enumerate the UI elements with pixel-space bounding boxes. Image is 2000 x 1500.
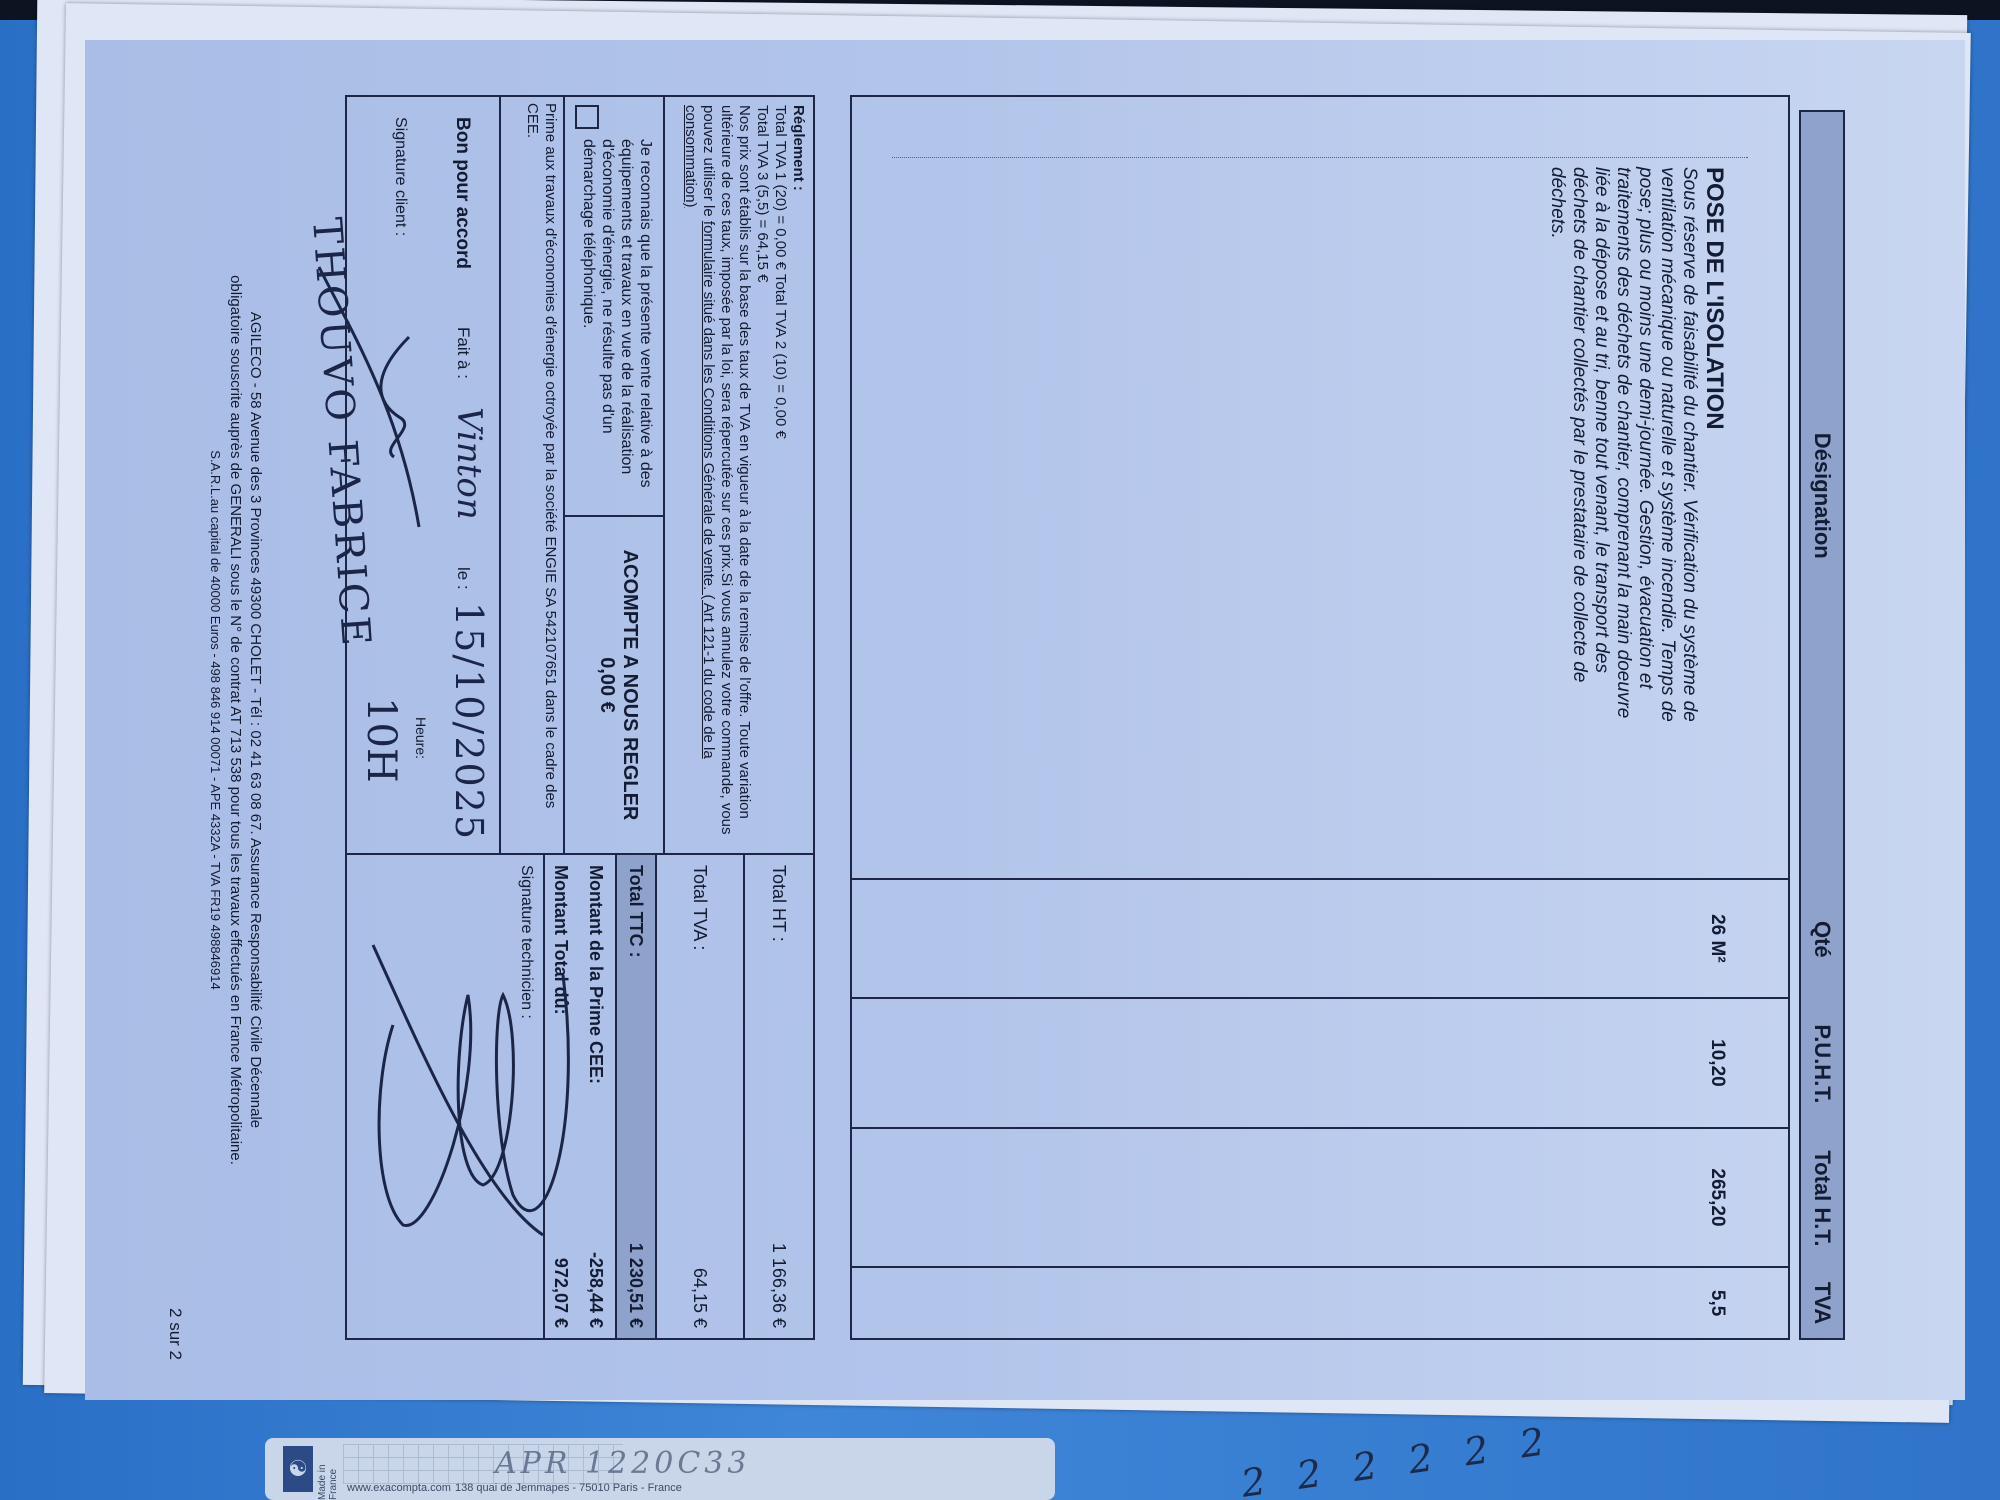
items-table-header: Désignation Qté P.U.H.T. Total H.T. TVA: [1799, 110, 1845, 1340]
item-total-ht: 265,20: [852, 1129, 1788, 1269]
total-due-value: 972,07 €: [551, 1258, 572, 1328]
acompte-value: 0,00 €: [595, 517, 618, 853]
tva-line-2: Total TVA 3 (5,5) = 64,15 €: [754, 105, 771, 282]
table-row-designation: POSE DE L'ISOLATION Sous réserve de fais…: [852, 97, 1788, 880]
footer-line-1: AGILECO - 58 Avenue des 3 Provinces 4930…: [245, 40, 265, 1400]
fait-a-value: Vinton: [449, 407, 489, 520]
technician-signature-icon: [363, 935, 603, 1255]
totals-block: Total HT : 1 166,36 € Total TVA : 64,15 …: [345, 855, 815, 1340]
conditions-block: Réglement : Total TVA 1 (20) = 0,00 € To…: [345, 95, 815, 855]
invoice-page: Désignation Qté P.U.H.T. Total H.T. TVA …: [85, 40, 1965, 1400]
acknowledgement-text: Je reconnais que la présente vente relat…: [573, 139, 655, 507]
acknowledgement: Je reconnais que la présente vente relat…: [565, 97, 663, 517]
total-ht-label: Total HT :: [769, 865, 790, 942]
item-qte: 26 M²: [852, 880, 1788, 1000]
signature-client-label: Signature client :: [391, 117, 409, 236]
technician-signature-box: Signature technicien :: [345, 855, 543, 1338]
folder-address: 138 quai de Jemmapes - 75010 Paris - Fra…: [455, 1482, 682, 1494]
item-title: POSE DE L'ISOLATION: [1700, 167, 1728, 858]
heure-value: 10H: [358, 697, 404, 783]
heure-label: Heure:: [413, 717, 429, 759]
footer-line-3: S.A.R.L.au capital de 40000 Euros - 498 …: [205, 40, 225, 1400]
total-ht-row: Total HT : 1 166,36 €: [743, 855, 813, 1338]
dotted-guide: [892, 157, 1748, 158]
col-designation: Désignation: [1809, 112, 1835, 880]
total-tva-row: Total TVA : 64,15 €: [655, 855, 743, 1338]
total-tva-label: Total TVA :: [690, 865, 711, 950]
accord-section: Bon pour accord Fait à : Vinton le : 15/…: [349, 97, 499, 853]
total-ttc-label: Total TTC :: [626, 865, 647, 958]
col-qte: Qté: [1809, 880, 1835, 1000]
items-table-body: POSE DE L'ISOLATION Sous réserve de fais…: [850, 95, 1790, 1340]
prime-cee-value: -258,44 €: [587, 1252, 605, 1328]
made-in-france: Made in France: [317, 1444, 339, 1500]
item-puht: 10,20: [852, 999, 1788, 1129]
page-number: 2 sur 2: [165, 1308, 185, 1360]
reglement-section: Réglement : Total TVA 1 (20) = 0,00 € To…: [663, 97, 813, 853]
company-footer: AGILECO - 58 Avenue des 3 Provinces 4930…: [205, 40, 265, 1400]
total-ht-value: 1 166,36 €: [769, 1243, 790, 1328]
total-tva-value: 64,15 €: [690, 1268, 711, 1328]
tva-line-1: Total TVA 1 (20) = 0,00 € Total TVA 2 (1…: [772, 105, 789, 439]
fait-a-label: Fait à :: [453, 327, 473, 379]
date-value: 15/10/2025: [447, 602, 491, 841]
date-label: le :: [453, 567, 473, 590]
item-description: Sous réserve de faisabilité du chantier.…: [1546, 167, 1700, 727]
col-puht: P.U.H.T.: [1809, 999, 1835, 1129]
folder-website: www.exacompta.com: [347, 1482, 451, 1494]
col-tva: TVA: [1809, 1268, 1835, 1338]
exacompta-logo-icon: ☯: [283, 1446, 313, 1492]
invoice-page-wrapper: Désignation Qté P.U.H.T. Total H.T. TVA …: [85, 40, 1965, 1440]
prime-cee-text: Prime aux travaux d'économies d'énergie …: [499, 97, 563, 853]
footer-line-2: obligatoire souscrite auprès de GENERALI…: [225, 40, 245, 1400]
bon-pour-accord: Bon pour accord: [451, 117, 473, 269]
total-ttc-value: 1 230,51 €: [626, 1243, 647, 1328]
acknowledgement-row: Je reconnais que la présente vente relat…: [563, 97, 663, 853]
folder-label: ☯ Made in France APR 1220C33 www.exacomp…: [265, 1438, 1055, 1500]
reglement-label: Réglement :: [790, 105, 807, 191]
acompte-box: ACOMPTE A NOUS REGLER 0,00 €: [565, 517, 663, 853]
acompte-label: ACOMPTE A NOUS REGLER: [618, 517, 641, 853]
col-total-ht: Total H.T.: [1809, 1129, 1835, 1269]
total-ttc-row: Total TTC : 1 230,51 €: [615, 855, 655, 1338]
handwritten-label: APR 1220C33: [495, 1446, 750, 1481]
acknowledgement-checkbox[interactable]: [575, 105, 599, 129]
item-tva: 5,5: [852, 1268, 1788, 1338]
